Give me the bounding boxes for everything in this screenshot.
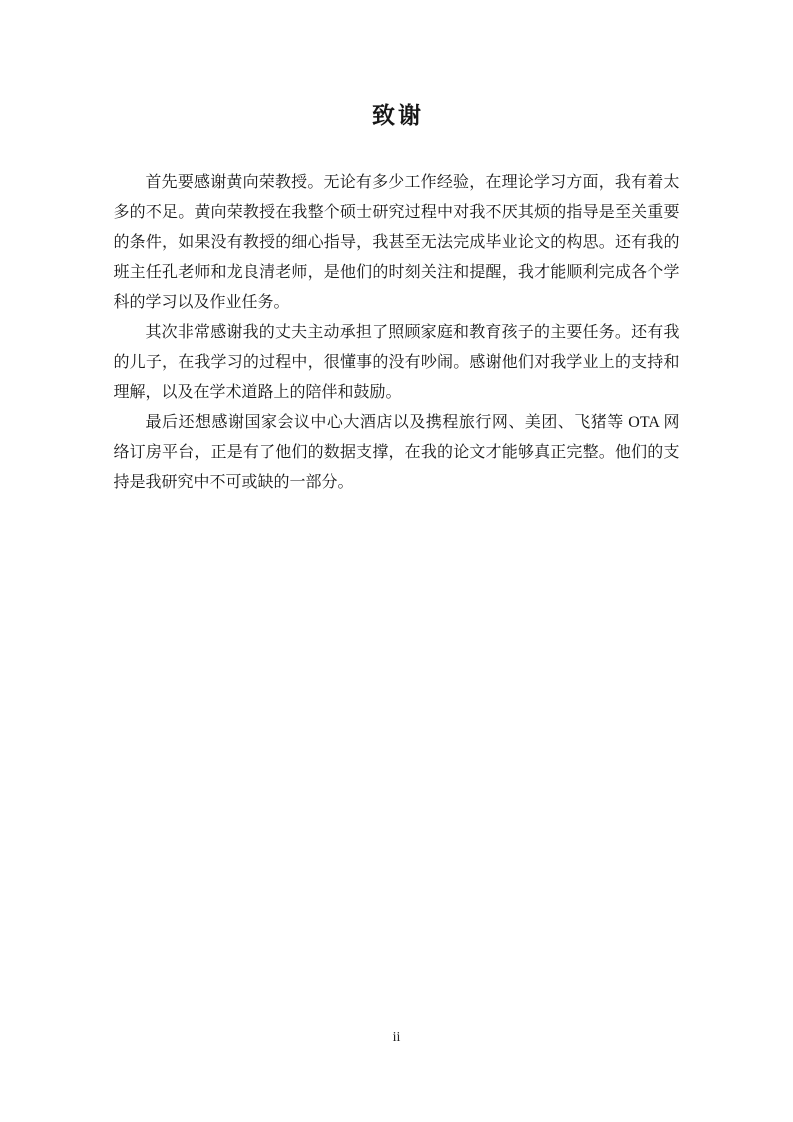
paragraph-acknowledge-family: 其次非常感谢我的丈夫主动承担了照顾家庭和教育孩子的主要任务。还有我的儿子，在我学… bbox=[114, 318, 680, 408]
page-title: 致谢 bbox=[0, 0, 793, 131]
page-number: ii bbox=[0, 1030, 793, 1046]
document-page: 致谢 首先要感谢黄向荣教授。无论有多少工作经验，在理论学习方面，我有着太多的不足… bbox=[0, 0, 793, 1122]
paragraph-acknowledge-professor: 首先要感谢黄向荣教授。无论有多少工作经验，在理论学习方面，我有着太多的不足。黄向… bbox=[114, 168, 680, 318]
paragraph-acknowledge-data-platforms: 最后还想感谢国家会议中心大酒店以及携程旅行网、美团、飞猪等 OTA 网络订房平台… bbox=[114, 408, 680, 498]
document-body: 首先要感谢黄向荣教授。无论有多少工作经验，在理论学习方面，我有着太多的不足。黄向… bbox=[114, 168, 680, 498]
